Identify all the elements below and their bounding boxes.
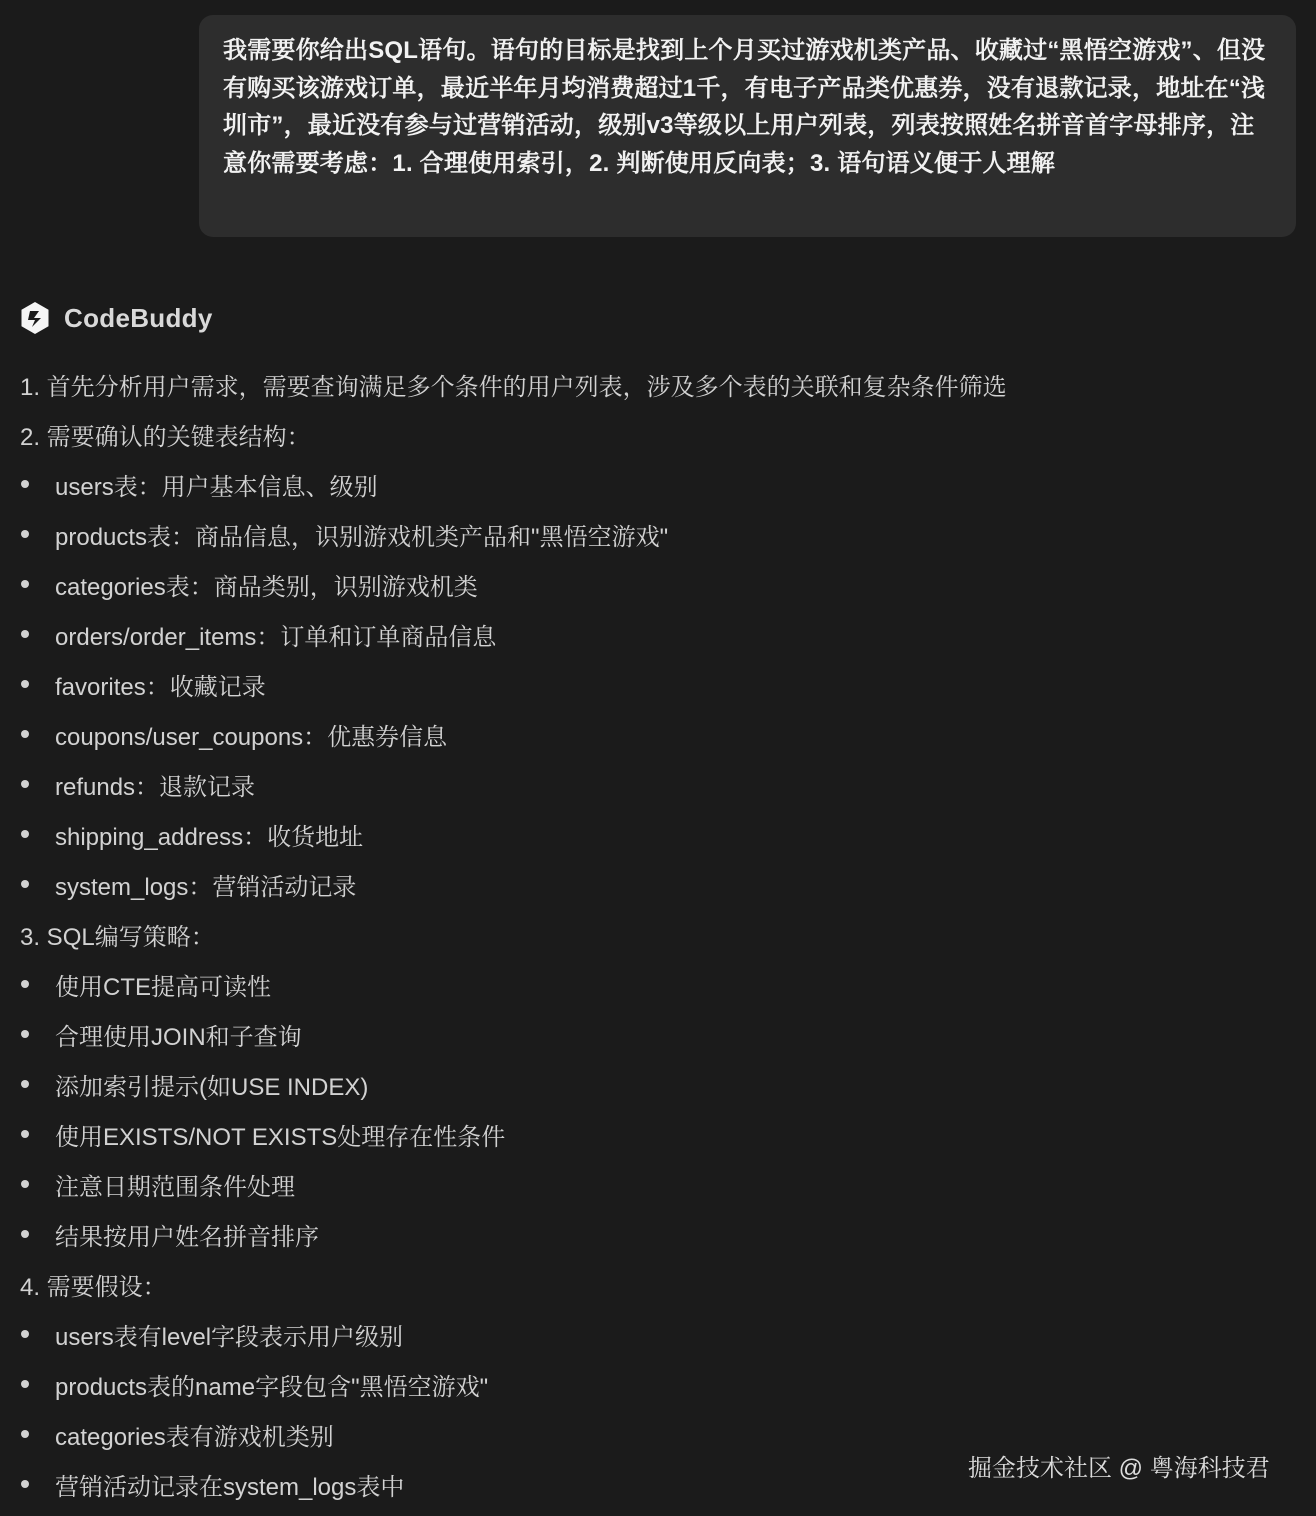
list-item-text: products表：商品信息，识别游戏机类产品和"黑悟空游戏" bbox=[55, 517, 668, 552]
list-item: 使用CTE提高可读性 bbox=[20, 959, 1290, 1009]
user-message-text: 我需要你给出SQL语句。语句的目标是找到上个月买过游戏机类产品、收藏过“黑悟空游… bbox=[223, 32, 1272, 182]
bullet-icon bbox=[21, 1180, 29, 1188]
list-item-text: 添加索引提示(如USE INDEX) bbox=[55, 1067, 368, 1102]
list-item-text: coupons/user_coupons：优惠券信息 bbox=[55, 717, 447, 752]
bullet-icon bbox=[21, 680, 29, 688]
assistant-response: 1. 首先分析用户需求，需要查询满足多个条件的用户列表，涉及多个表的关联和复杂条… bbox=[20, 359, 1290, 1509]
assistant-header: CodeBuddy bbox=[20, 300, 213, 336]
bullet-icon bbox=[21, 1080, 29, 1088]
list-item: users表有level字段表示用户级别 bbox=[20, 1309, 1290, 1359]
bullet-icon bbox=[21, 480, 29, 488]
list-item-text: 注意日期范围条件处理 bbox=[55, 1167, 295, 1202]
list-item: products表的name字段包含"黑悟空游戏" bbox=[20, 1359, 1290, 1409]
list-item: coupons/user_coupons：优惠券信息 bbox=[20, 709, 1290, 759]
list-item-text: 营销活动记录在system_logs表中 bbox=[55, 1467, 404, 1502]
list-item-text: 使用EXISTS/NOT EXISTS处理存在性条件 bbox=[55, 1117, 505, 1152]
bullet-icon bbox=[21, 880, 29, 888]
list-item: shipping_address：收货地址 bbox=[20, 809, 1290, 859]
response-line: 3. SQL编写策略： bbox=[20, 909, 1290, 959]
bullet-icon bbox=[21, 580, 29, 588]
list-item-text: shipping_address：收货地址 bbox=[55, 817, 363, 852]
bullet-icon bbox=[21, 980, 29, 988]
list-item-text: users表：用户基本信息、级别 bbox=[55, 467, 378, 502]
watermark: 掘金技术社区 @ 粤海科技君 bbox=[968, 1448, 1270, 1483]
list-item-text: 结果按用户姓名拼音排序 bbox=[55, 1217, 319, 1252]
list-item-text: favorites：收藏记录 bbox=[55, 667, 266, 702]
bullet-icon bbox=[21, 1030, 29, 1038]
list-item: 注意日期范围条件处理 bbox=[20, 1159, 1290, 1209]
list-item-text: orders/order_items：订单和订单商品信息 bbox=[55, 617, 496, 652]
list-item-text: 合理使用JOIN和子查询 bbox=[55, 1017, 302, 1052]
list-item: favorites：收藏记录 bbox=[20, 659, 1290, 709]
list-item-text: products表的name字段包含"黑悟空游戏" bbox=[55, 1367, 488, 1402]
response-line: 1. 首先分析用户需求，需要查询满足多个条件的用户列表，涉及多个表的关联和复杂条… bbox=[20, 359, 1290, 409]
bullet-icon bbox=[21, 830, 29, 838]
bullet-icon bbox=[21, 1330, 29, 1338]
response-line: 4. 需要假设： bbox=[20, 1259, 1290, 1309]
list-item: system_logs：营销活动记录 bbox=[20, 859, 1290, 909]
list-item: 添加索引提示(如USE INDEX) bbox=[20, 1059, 1290, 1109]
response-line-text: 2. 需要确认的关键表结构： bbox=[20, 417, 311, 452]
bullet-icon bbox=[21, 630, 29, 638]
bullet-icon bbox=[21, 1380, 29, 1388]
bullet-icon bbox=[21, 1480, 29, 1488]
list-item: categories表：商品类别，识别游戏机类 bbox=[20, 559, 1290, 609]
list-item-text: categories表有游戏机类别 bbox=[55, 1417, 334, 1452]
list-item-text: users表有level字段表示用户级别 bbox=[55, 1317, 403, 1352]
bullet-icon bbox=[21, 530, 29, 538]
bullet-icon bbox=[21, 1430, 29, 1438]
list-item: orders/order_items：订单和订单商品信息 bbox=[20, 609, 1290, 659]
list-item: refunds：退款记录 bbox=[20, 759, 1290, 809]
list-item: 结果按用户姓名拼音排序 bbox=[20, 1209, 1290, 1259]
list-item-text: system_logs：营销活动记录 bbox=[55, 867, 356, 902]
bullet-icon bbox=[21, 1130, 29, 1138]
list-item-text: refunds：退款记录 bbox=[55, 767, 255, 802]
list-item: users表：用户基本信息、级别 bbox=[20, 459, 1290, 509]
list-item: 合理使用JOIN和子查询 bbox=[20, 1009, 1290, 1059]
list-item: products表：商品信息，识别游戏机类产品和"黑悟空游戏" bbox=[20, 509, 1290, 559]
list-item-text: categories表：商品类别，识别游戏机类 bbox=[55, 567, 478, 602]
response-line-text: 3. SQL编写策略： bbox=[20, 917, 215, 952]
bullet-icon bbox=[21, 780, 29, 788]
assistant-name: CodeBuddy bbox=[64, 303, 213, 334]
bullet-icon bbox=[21, 1230, 29, 1238]
list-item: 使用EXISTS/NOT EXISTS处理存在性条件 bbox=[20, 1109, 1290, 1159]
response-line: 2. 需要确认的关键表结构： bbox=[20, 409, 1290, 459]
response-line-text: 1. 首先分析用户需求，需要查询满足多个条件的用户列表，涉及多个表的关联和复杂条… bbox=[20, 367, 1007, 402]
user-message-bubble: 我需要你给出SQL语句。语句的目标是找到上个月买过游戏机类产品、收藏过“黑悟空游… bbox=[199, 15, 1296, 237]
codebuddy-logo-icon bbox=[20, 301, 50, 335]
bullet-icon bbox=[21, 730, 29, 738]
response-line-text: 4. 需要假设： bbox=[20, 1267, 167, 1302]
list-item-text: 使用CTE提高可读性 bbox=[55, 967, 271, 1002]
